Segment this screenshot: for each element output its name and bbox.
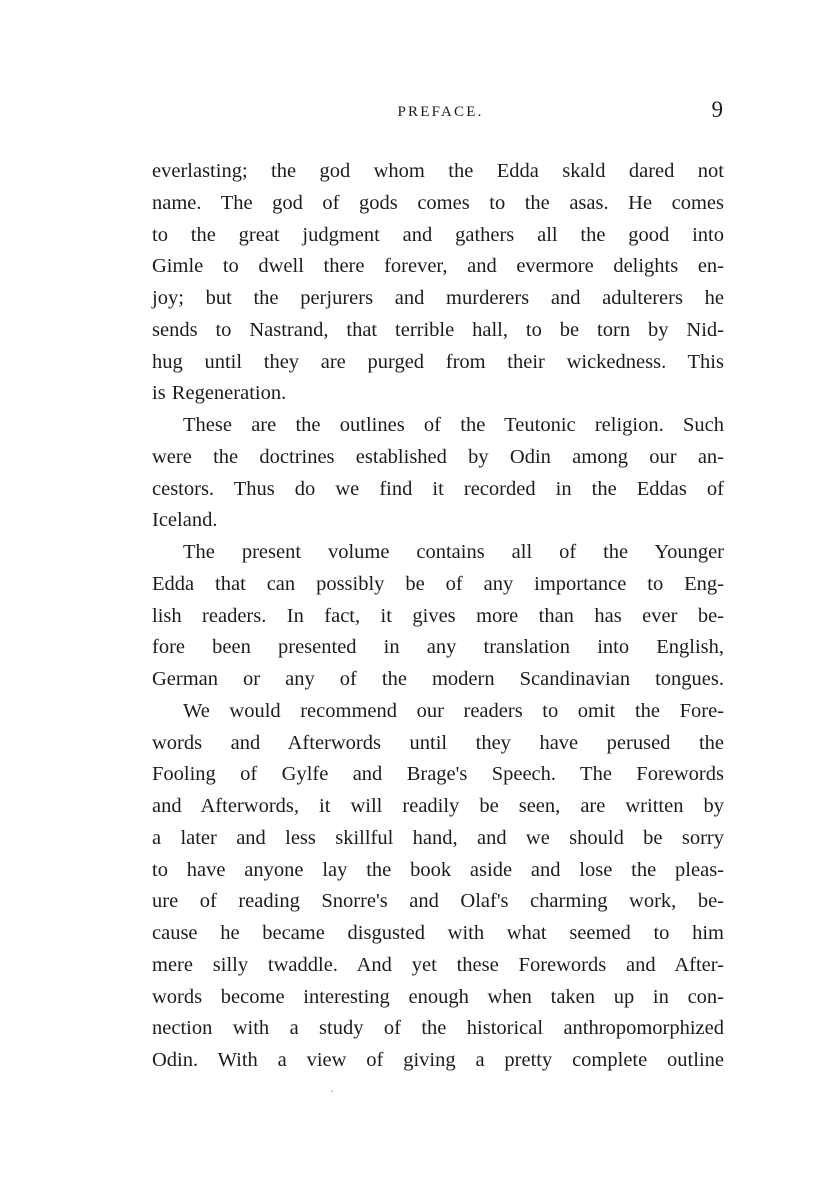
text-line: words and Afterwords until they have per… — [152, 728, 724, 760]
text-line: a later and less skillful hand, and we s… — [152, 823, 724, 855]
text-line: is Regeneration. — [152, 378, 724, 410]
body-text: everlasting; the god whom the Edda skald… — [152, 156, 724, 1077]
text-line: These are the outlines of the Teutonic r… — [152, 410, 724, 442]
running-title: PREFACE. — [152, 104, 723, 121]
text-line: were the doctrines established by Odin a… — [152, 442, 724, 474]
text-line: words become interesting enough when tak… — [152, 982, 724, 1014]
text-line: German or any of the modern Scandinavian… — [152, 664, 724, 696]
text-line: Odin. With a view of giving a pretty com… — [152, 1045, 724, 1077]
running-head: PREFACE. 9 — [152, 98, 723, 128]
paragraph: These are the outlines of the Teutonic r… — [152, 410, 724, 537]
text-line: hug until they are purged from their wic… — [152, 347, 724, 379]
text-line: Fooling of Gylfe and Brage's Speech. The… — [152, 759, 724, 791]
text-line: fore been presented in any translation i… — [152, 632, 724, 664]
text-line: everlasting; the god whom the Edda skald… — [152, 156, 724, 188]
text-line: The present volume contains all of the Y… — [152, 537, 724, 569]
text-line: name. The god of gods comes to the asas.… — [152, 188, 724, 220]
text-line: lish readers. In fact, it gives more tha… — [152, 601, 724, 633]
page-number: 9 — [712, 98, 724, 122]
text-line: joy; but the perjurers and murderers and… — [152, 283, 724, 315]
text-line: and Afterwords, it will readily be seen,… — [152, 791, 724, 823]
text-line: nection with a study of the historical a… — [152, 1013, 724, 1045]
text-line: cestors. Thus do we find it recorded in … — [152, 474, 724, 506]
text-line: Gimle to dwell there forever, and evermo… — [152, 251, 724, 283]
book-page: PREFACE. 9 everlasting; the god whom the… — [0, 0, 840, 1191]
text-line: to have anyone lay the book aside and lo… — [152, 855, 724, 887]
text-line: sends to Nastrand, that terrible hall, t… — [152, 315, 724, 347]
text-line: Edda that can possibly be of any importa… — [152, 569, 724, 601]
text-line: We would recommend our readers to omit t… — [152, 696, 724, 728]
text-line: ure of reading Snorre's and Olaf's charm… — [152, 886, 724, 918]
text-line: Iceland. — [152, 505, 724, 537]
text-line: cause he became disgusted with what seem… — [152, 918, 724, 950]
paragraph: The present volume contains all of the Y… — [152, 537, 724, 696]
paragraph: everlasting; the god whom the Edda skald… — [152, 156, 724, 410]
paragraph: We would recommend our readers to omit t… — [152, 696, 724, 1077]
scan-speck — [331, 1090, 333, 1092]
text-line: mere silly twaddle. And yet these Forewo… — [152, 950, 724, 982]
text-line: to the great judgment and gathers all th… — [152, 220, 724, 252]
